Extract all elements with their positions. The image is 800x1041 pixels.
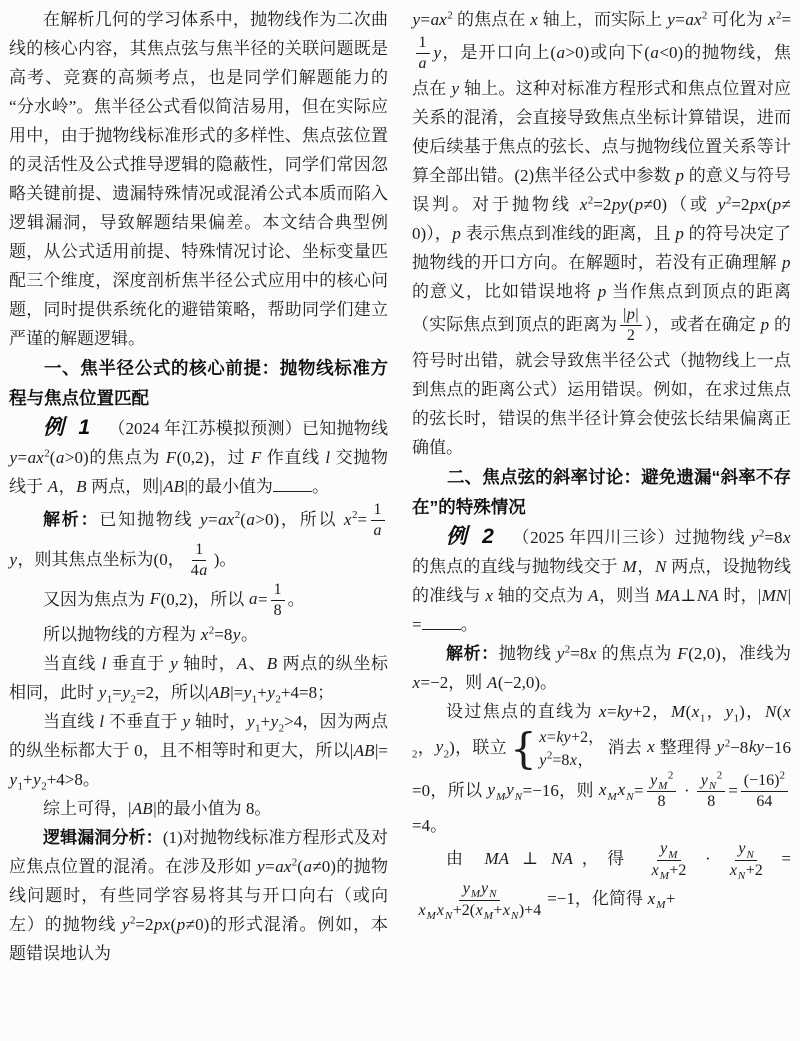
math-variable: MA: [655, 586, 681, 605]
math-variable: p: [675, 224, 685, 243]
math-variable: ax: [275, 857, 292, 876]
math-variable: y: [487, 780, 496, 799]
math-variable: py: [611, 195, 628, 214]
document-page: 在解析几何的学习体系中，抛物线作为二次曲线的核心内容，其焦点弦与焦半径的关联问题…: [0, 0, 800, 1041]
math-variable: y: [232, 625, 241, 644]
subscript: M: [607, 791, 617, 803]
math-variable: M: [659, 870, 669, 882]
math-variable: y: [750, 528, 759, 547]
superscript: 2: [565, 643, 571, 655]
math-variable: a: [55, 448, 65, 467]
math-variable: M: [656, 899, 666, 911]
body-paragraph: 由 MA ⊥ NA，得 yMxM+2 · yNxN+2 = yMyNxMxN+2…: [412, 840, 791, 920]
body-paragraph: 在解析几何的学习体系中，抛物线作为二次曲线的核心内容，其焦点弦与焦半径的关联问题…: [9, 5, 388, 353]
math-variable: M: [658, 780, 668, 792]
right-column: y=ax2 的焦点在 x 轴上，而实际上 y=ax2 可化为 x2=1ay，是开…: [412, 5, 791, 1041]
paragraph-lead: 解析：: [43, 510, 99, 529]
math-variable: x: [691, 702, 700, 721]
math-variable: F: [250, 448, 261, 467]
fraction: 1a: [415, 34, 430, 74]
math-variable: x: [767, 10, 776, 29]
math-variable: p: [176, 915, 186, 934]
fraction: |p|2: [620, 306, 641, 346]
fraction-numerator: yN: [735, 840, 757, 860]
fraction-denominator: 2: [624, 326, 638, 345]
math-variable: x: [475, 902, 483, 919]
fraction: 1a: [370, 501, 385, 541]
equation-system: {x=ky+2，y2=8x，: [510, 726, 604, 772]
math-variable: ax: [685, 10, 702, 29]
subscript: M: [668, 849, 678, 861]
fraction-numerator: (−16)2: [741, 772, 788, 792]
math-variable: AB: [163, 477, 185, 496]
math-variable: l: [325, 448, 331, 467]
math-variable: p: [597, 282, 607, 301]
math-variable: ky: [617, 702, 633, 721]
subscript: 2: [41, 781, 47, 793]
fraction-denominator: 8: [271, 601, 285, 620]
math-variable: M: [607, 791, 617, 803]
math-variable: N: [511, 910, 519, 922]
math-variable: p: [772, 195, 782, 214]
math-variable: N: [654, 557, 666, 576]
fraction: 14a: [188, 541, 211, 581]
math-variable: N: [737, 870, 745, 882]
fraction-numerator: 1: [371, 501, 385, 521]
math-variable: MA: [484, 849, 510, 868]
fraction: yN28: [697, 772, 725, 812]
math-variable: p: [675, 166, 685, 185]
subscript: 2: [444, 748, 450, 760]
subscript: N: [489, 888, 497, 900]
math-variable: a: [303, 857, 313, 876]
superscript: 2: [725, 737, 731, 749]
fraction: (−16)264: [741, 772, 788, 812]
left-column: 在解析几何的学习体系中，抛物线作为二次曲线的核心内容，其焦点弦与焦半径的关联问题…: [9, 5, 388, 1041]
body-paragraph: 解析：已知抛物线 y=ax2(a>0)，所以 x2=1ay，则其焦点坐标为(0，…: [9, 501, 388, 581]
math-variable: x: [782, 528, 791, 547]
math-variable: N: [489, 888, 497, 900]
math-variable: px: [749, 195, 766, 214]
math-variable: x: [418, 902, 426, 919]
fraction-denominator: xM+2: [648, 861, 689, 880]
math-variable: a: [650, 43, 660, 62]
fraction-denominator: a: [370, 521, 385, 540]
math-variable: y: [170, 654, 179, 673]
body-paragraph: 综上可得，|AB|的最小值为 8。: [9, 794, 388, 823]
math-variable: N: [514, 791, 522, 803]
math-variable: A: [236, 654, 247, 673]
math-variable: N: [764, 702, 776, 721]
subscript: 2: [130, 694, 136, 706]
math-variable: x: [412, 673, 421, 692]
math-variable: M: [670, 702, 685, 721]
math-variable: px: [154, 915, 171, 934]
subscript: N: [737, 870, 745, 882]
math-variable: x: [343, 510, 352, 529]
math-variable: y: [9, 770, 18, 789]
math-variable: M: [496, 791, 506, 803]
math-variable: MN: [761, 586, 788, 605]
math-variable: x: [502, 902, 510, 919]
subscript: 2: [279, 723, 285, 735]
subscript: M: [656, 899, 666, 911]
math-variable: y: [556, 644, 565, 663]
math-variable: N: [626, 791, 634, 803]
math-variable: y: [121, 915, 130, 934]
subscript: N: [746, 849, 754, 861]
math-variable: y: [716, 737, 725, 756]
subscript: N: [444, 910, 452, 922]
fraction-denominator: xN+2: [726, 861, 765, 880]
math-variable: x: [588, 644, 597, 663]
body-paragraph: 当直线 l 不垂直于 y 轴时，y1+y2>4，因为两点的纵坐标都大于 0，且不…: [9, 707, 388, 794]
equation-line: x=ky+2，: [539, 726, 604, 749]
superscript: 2: [717, 769, 723, 781]
left-brace-icon: {: [510, 729, 537, 769]
math-variable: ky: [748, 737, 764, 756]
math-variable: a: [199, 562, 208, 579]
section-heading: 一、焦半径公式的核心前提：抛物线标准方程与焦点位置匹配: [9, 353, 388, 413]
body-paragraph: 当直线 l 垂直于 y 轴时，A、B 两点的纵坐标相同，此时 y1=y2=2，所…: [9, 649, 388, 707]
example-paragraph: 例 1（2024 年江苏模拟预测）已知抛物线 y=ax2(a>0)的焦点为 F(…: [9, 413, 388, 501]
math-variable: F: [165, 448, 176, 467]
math-variable: l: [99, 712, 105, 731]
fraction: yMxM+2: [648, 840, 689, 880]
fraction-numerator: yM2: [647, 772, 677, 792]
math-variable: y: [650, 772, 658, 789]
superscript: 2: [776, 9, 782, 21]
fraction-numerator: 1: [192, 541, 206, 561]
math-variable: x: [485, 586, 494, 605]
superscript: 2: [235, 509, 241, 521]
math-variable: AB: [353, 741, 375, 760]
math-variable: y: [9, 448, 18, 467]
body-paragraph: 又因为焦点为 F(0,2)，所以 a=18。: [9, 581, 388, 621]
math-variable: M: [622, 557, 637, 576]
math-variable: NA: [696, 586, 719, 605]
example-paragraph: 例 2（2025 年四川三诊）过抛物线 y2=8x 的焦点的直线与抛物线交于 M…: [412, 522, 791, 639]
math-variable: y: [246, 712, 255, 731]
math-variable: y: [738, 840, 746, 857]
math-variable: ax: [218, 510, 235, 529]
body-paragraph: 解析：抛物线 y2=8x 的焦点为 F(2,0)，准线为 x=−2，则 A(−2…: [412, 639, 791, 697]
math-variable: y: [451, 79, 460, 98]
body-paragraph: 设过焦点的直线为 x=ky+2，M(x1，y1)，N(x2，y2)，联立{x=k…: [412, 697, 791, 841]
math-variable: y: [435, 737, 444, 756]
math-variable: p: [760, 315, 770, 334]
paragraph-lead: 解析：: [446, 644, 499, 663]
math-variable: A: [588, 586, 599, 605]
superscript: 2: [759, 527, 765, 539]
math-variable: x: [782, 702, 791, 721]
superscript: 2: [209, 625, 215, 637]
fraction-numerator: |p|: [620, 306, 641, 326]
math-variable: y: [200, 510, 209, 529]
math-variable: y: [717, 195, 726, 214]
body-paragraph: 逻辑漏洞分析：(1)对抛物线标准方程形式及对应焦点位置的混淆。在涉及形如 y=a…: [9, 823, 388, 968]
fraction: 18: [271, 581, 285, 621]
superscript: 2: [292, 857, 298, 869]
math-variable: F: [149, 589, 160, 608]
math-variable: y: [660, 840, 668, 857]
math-variable: y: [539, 752, 547, 769]
math-variable: y: [481, 880, 489, 897]
math-variable: x: [200, 625, 209, 644]
fraction: yMyNxMxN+2(xM+xN)+4: [415, 880, 544, 920]
math-variable: y: [9, 550, 18, 569]
subscript: M: [483, 910, 493, 922]
math-variable: a: [373, 522, 382, 539]
math-variable: AB: [208, 683, 230, 702]
subscript: M: [426, 910, 436, 922]
subscript: 1: [252, 694, 258, 706]
math-variable: NA: [551, 849, 574, 868]
subscript: 2: [412, 748, 418, 760]
math-variable: x: [598, 702, 607, 721]
subscript: 1: [734, 712, 740, 724]
math-variable: x: [539, 729, 547, 746]
body-paragraph: 所以抛物线的方程为 x2=8y。: [9, 620, 388, 649]
math-variable: M: [668, 849, 678, 861]
math-variable: y: [98, 683, 107, 702]
math-variable: y: [33, 770, 42, 789]
answer-blank: [273, 477, 312, 492]
equation-lines: x=ky+2，y2=8x，: [539, 726, 604, 772]
math-variable: a: [248, 589, 258, 608]
math-variable: a: [246, 510, 256, 529]
answer-blank: [422, 614, 461, 629]
math-variable: x: [530, 10, 539, 29]
math-variable: ax: [27, 448, 44, 467]
superscript: 2: [547, 749, 553, 761]
math-variable: x: [579, 195, 588, 214]
example-badge: 例 1: [43, 416, 94, 439]
math-variable: ax: [430, 10, 447, 29]
math-variable: a: [418, 55, 427, 72]
math-variable: ky: [556, 729, 571, 746]
math-variable: y: [506, 780, 515, 799]
superscript: 2: [44, 447, 50, 459]
math-variable: x: [647, 737, 656, 756]
math-variable: y: [182, 712, 191, 731]
fraction-denominator: 64: [753, 792, 775, 811]
math-variable: x: [647, 889, 656, 908]
superscript: 2: [588, 194, 594, 206]
math-variable: N: [708, 780, 716, 792]
fraction-denominator: xMxN+2(xM+xN)+4: [415, 901, 544, 920]
fraction-denominator: 8: [655, 792, 669, 811]
fraction-denominator: a: [415, 54, 430, 73]
math-variable: x: [569, 752, 577, 769]
math-variable: F: [677, 644, 688, 663]
subscript: 1: [18, 781, 24, 793]
math-variable: M: [483, 910, 493, 922]
subscript: M: [659, 870, 669, 882]
superscript: 2: [702, 9, 708, 21]
math-variable: y: [412, 10, 421, 29]
superscript: 2: [447, 9, 453, 21]
math-variable: y: [667, 10, 676, 29]
math-variable: A: [47, 477, 58, 496]
math-variable: B: [76, 477, 87, 496]
math-variable: M: [470, 888, 480, 900]
superscript: 2: [726, 194, 732, 206]
fraction: yM28: [647, 772, 677, 812]
subscript: 1: [700, 712, 706, 724]
fraction: yNxN+2: [726, 840, 765, 880]
fraction-numerator: 1: [271, 581, 285, 601]
superscript: 2: [779, 769, 785, 781]
math-variable: p: [782, 253, 792, 272]
subscript: N: [514, 791, 522, 803]
body-paragraph: y=ax2 的焦点在 x 轴上，而实际上 y=ax2 可化为 x2=1ay，是开…: [412, 5, 791, 462]
example-badge: 例 2: [446, 525, 498, 548]
math-variable: y: [243, 683, 252, 702]
math-variable: y: [257, 857, 266, 876]
math-variable: y: [270, 712, 279, 731]
math-variable: B: [266, 654, 277, 673]
section-heading: 二、焦点弦的斜率讨论：避免遗漏“斜率不存在”的特殊情况: [412, 462, 791, 522]
math-variable: x: [598, 780, 607, 799]
fraction-numerator: yMyN: [459, 880, 500, 900]
math-variable: p: [634, 195, 644, 214]
subscript: M: [496, 791, 506, 803]
math-variable: l: [101, 654, 107, 673]
math-variable: p: [452, 224, 462, 243]
math-variable: p: [626, 306, 635, 323]
subscript: 1: [255, 723, 261, 735]
fraction-denominator: 8: [704, 792, 718, 811]
subscript: N: [511, 910, 519, 922]
equation-line: y2=8x，: [539, 749, 604, 772]
paragraph-lead: 逻辑漏洞分析：: [43, 828, 163, 847]
math-variable: y: [433, 43, 442, 62]
fraction-numerator: 1: [416, 34, 430, 54]
subscript: M: [470, 888, 480, 900]
math-variable: a: [556, 43, 566, 62]
subscript: 1: [107, 694, 113, 706]
fraction-numerator: yM: [657, 840, 681, 860]
superscript: 2: [352, 509, 358, 521]
math-variable: N: [444, 910, 452, 922]
subscript: N: [708, 780, 716, 792]
subscript: 2: [275, 694, 281, 706]
math-variable: y: [725, 702, 734, 721]
superscript: 2: [668, 769, 674, 781]
fraction-denominator: 4a: [188, 561, 211, 580]
math-variable: A: [486, 673, 497, 692]
math-variable: AB: [131, 799, 153, 818]
subscript: N: [626, 791, 634, 803]
superscript: 2: [130, 915, 136, 927]
math-variable: x: [617, 780, 626, 799]
fraction-numerator: yN2: [697, 772, 725, 792]
math-variable: M: [426, 910, 436, 922]
subscript: M: [658, 780, 668, 792]
math-variable: N: [746, 849, 754, 861]
